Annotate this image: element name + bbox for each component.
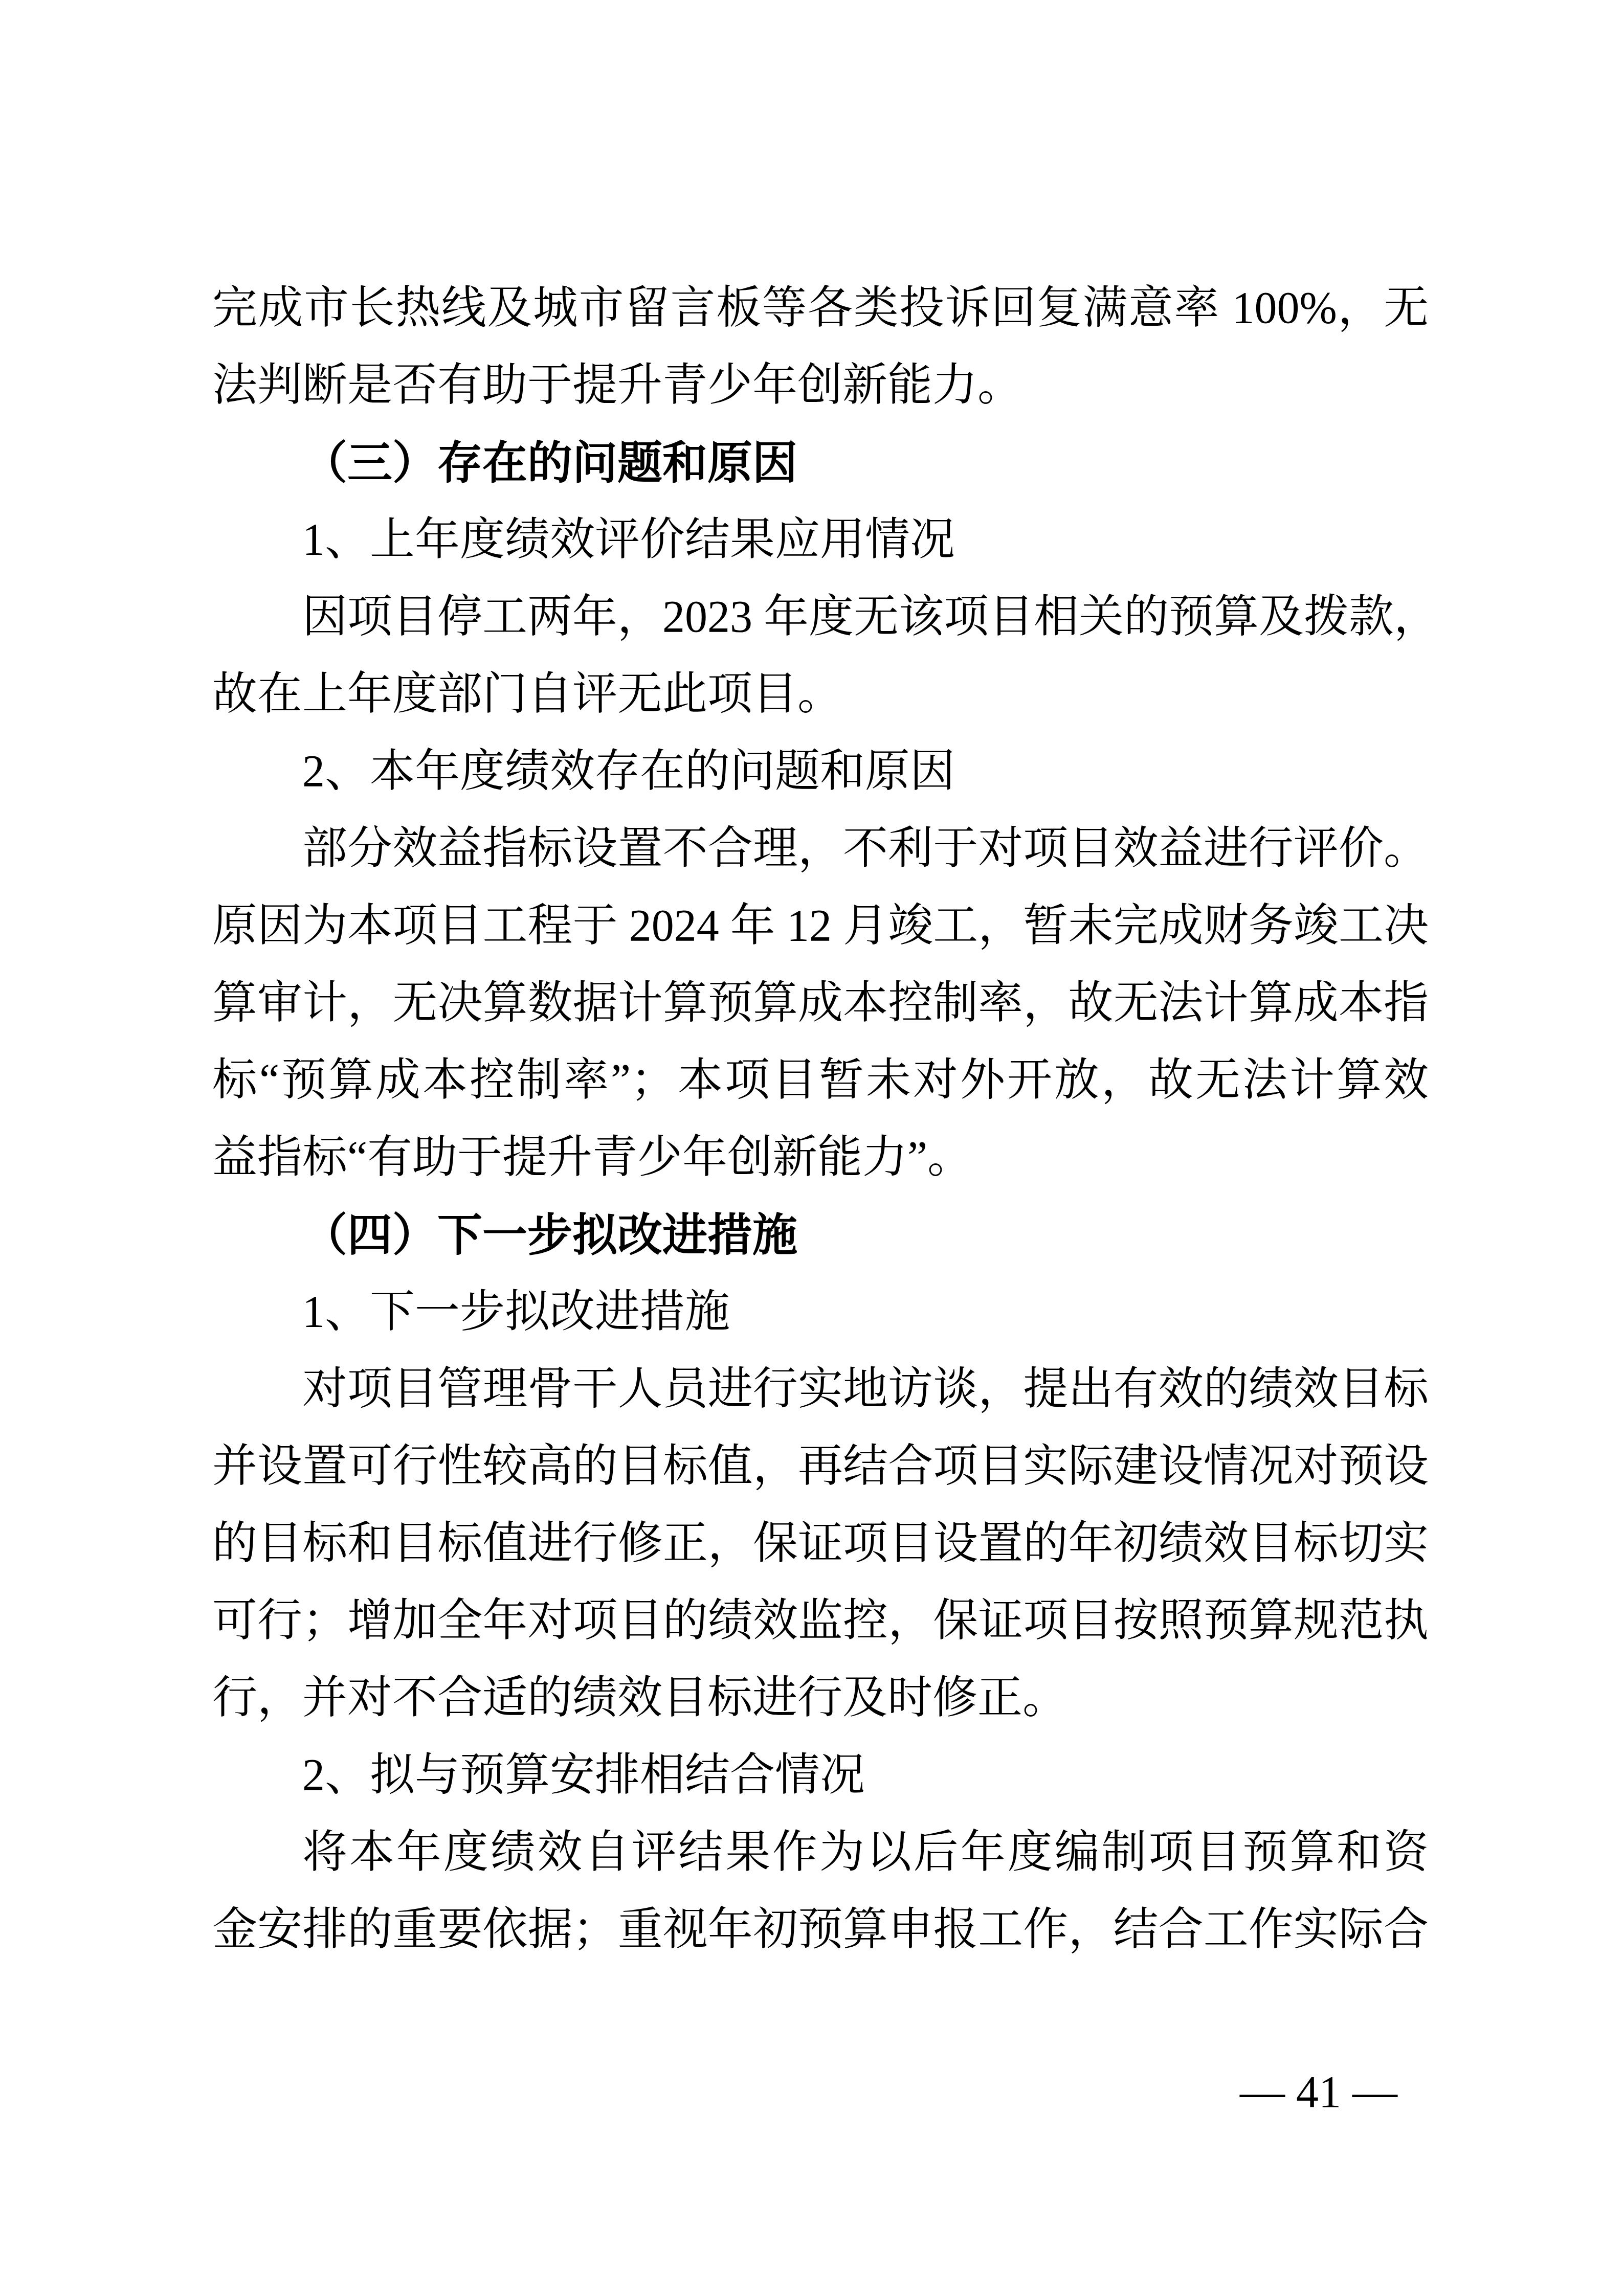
text-line: 金安排的重要依据；重视年初预算申报工作，结合工作实际合 bbox=[212, 1891, 1429, 1968]
text-line: 可行；增加全年对项目的绩效监控，保证项目按照预算规范执 bbox=[212, 1582, 1429, 1659]
text-line: 故在上年度部门自评无此项目。 bbox=[212, 656, 1429, 733]
text-line: 因项目停工两年，2023 年度无该项目相关的预算及拨款， bbox=[212, 578, 1429, 656]
text-line: 的目标和目标值进行修正，保证项目设置的年初绩效目标切实 bbox=[212, 1505, 1429, 1582]
text-line: 法判断是否有助于提升青少年创新能力。 bbox=[212, 347, 1429, 424]
text-line: 行，并对不合适的绩效目标进行及时修正。 bbox=[212, 1659, 1429, 1737]
list-item-1: 1、下一步拟改进措施 bbox=[212, 1273, 1429, 1350]
section-heading-3: （三）存在的问题和原因 bbox=[212, 424, 1429, 501]
page-number-label: — 41 — bbox=[1240, 2067, 1397, 2117]
text-line: 完成市长热线及城市留言板等各类投诉回复满意率 100%，无 bbox=[212, 269, 1429, 347]
list-item-2: 2、拟与预算安排相结合情况 bbox=[212, 1737, 1429, 1814]
document-body: 完成市长热线及城市留言板等各类投诉回复满意率 100%，无 法判断是否有助于提升… bbox=[212, 269, 1429, 1968]
text-line: 部分效益指标设置不合理，不利于对项目效益进行评价。 bbox=[212, 810, 1429, 887]
page-number: — 41 — bbox=[1240, 2067, 1397, 2118]
document-page: 完成市长热线及城市留言板等各类投诉回复满意率 100%，无 法判断是否有助于提升… bbox=[0, 0, 1624, 2296]
text-line: 益指标“有助于提升青少年创新能力”。 bbox=[212, 1119, 1429, 1196]
text-line: 标“预算成本控制率”；本项目暂未对外开放，故无法计算效 bbox=[212, 1042, 1429, 1119]
text-line: 算审计，无决算数据计算预算成本控制率，故无法计算成本指 bbox=[212, 964, 1429, 1042]
list-item-2: 2、本年度绩效存在的问题和原因 bbox=[212, 733, 1429, 810]
section-heading-4: （四）下一步拟改进措施 bbox=[212, 1196, 1429, 1273]
list-item-1: 1、上年度绩效评价结果应用情况 bbox=[212, 501, 1429, 578]
text-line: 原因为本项目工程于 2024 年 12 月竣工，暂未完成财务竣工决 bbox=[212, 887, 1429, 964]
text-line: 将本年度绩效自评结果作为以后年度编制项目预算和资 bbox=[212, 1814, 1429, 1891]
text-line: 并设置可行性较高的目标值，再结合项目实际建设情况对预设 bbox=[212, 1428, 1429, 1505]
text-line: 对项目管理骨干人员进行实地访谈，提出有效的绩效目标 bbox=[212, 1350, 1429, 1428]
